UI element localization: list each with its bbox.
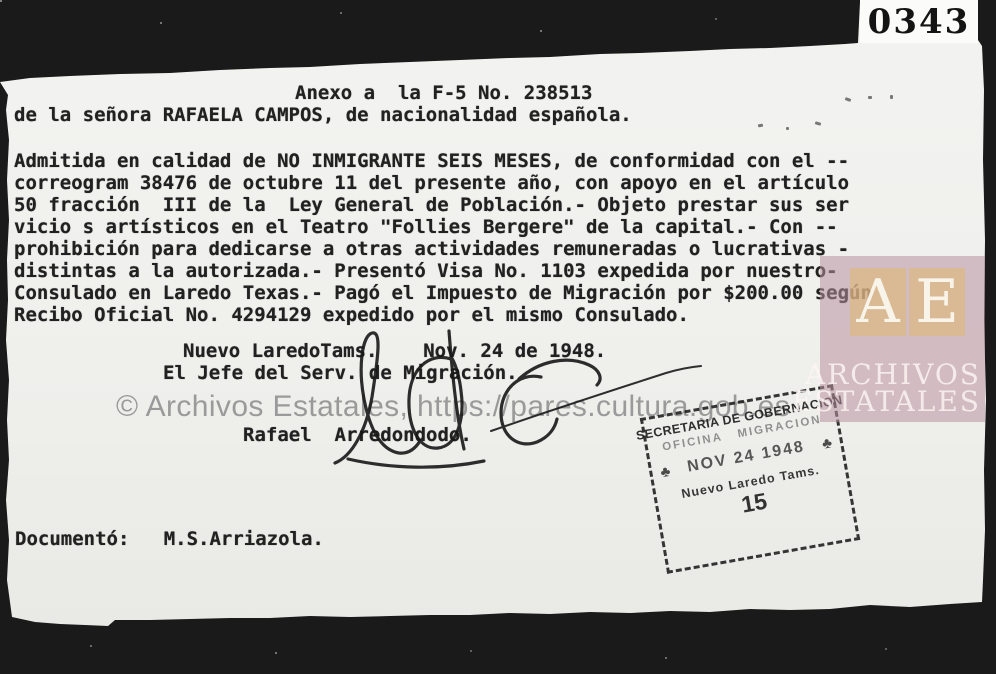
typed-line: Consulado en Laredo Texas.- Pagó el Impu… (14, 282, 872, 304)
scanned-document-page: © Archivos Estatales, https://pares.cult… (0, 0, 996, 674)
logo-letter-e-tile: E (909, 268, 965, 336)
logo-name-line1: ARCHIVOS (805, 361, 981, 388)
folio-number-plate: 0343 (860, 0, 978, 43)
typed-line: vicio s artísticos en el Teatro "Follies… (14, 216, 838, 238)
typed-line-signer-name: Rafael Arredondodo. (243, 424, 472, 446)
typed-line-clerk: Documentó: M.S.Arriazola. (15, 528, 324, 550)
typed-line: de la señora RAFAELA CAMPOS, de nacional… (14, 104, 632, 126)
logo-letter-e: E (915, 272, 959, 332)
pencil-mark (786, 127, 789, 130)
logo-name-line2: ESTATALES (792, 388, 981, 415)
pencil-mark (868, 96, 872, 99)
film-grain (0, 0, 2, 2)
folio-number: 0343 (868, 2, 971, 42)
clover-ornament-icon: ♣ (821, 434, 834, 452)
stamp-number: 15 (739, 488, 769, 519)
typed-line: Anexo a la F-5 No. 238513 (295, 82, 592, 104)
typed-line-place-date: Nuevo LaredoTams. Nov. 24 de 1948. (183, 340, 606, 362)
logo-letter-a-tile: A (850, 268, 906, 336)
typed-line: Admitida en calidad de NO INMIGRANTE SEI… (14, 150, 849, 172)
typed-line: correogram 38476 de octubre 11 del prese… (14, 172, 849, 194)
logo-letter-a: A (856, 272, 899, 332)
typed-line: prohibición para dedicarse a otras activ… (14, 238, 849, 260)
archivos-estatales-logo: A E ARCHIVOS ESTATALES (820, 256, 985, 422)
typed-line: Recibo Oficial No. 4294129 expedido por … (14, 304, 689, 326)
pencil-mark (890, 95, 893, 99)
typed-line: distintas a la autorizada.- Presentó Vis… (14, 260, 838, 282)
typed-line-signer-title: El Jefe del Serv. de Migración. (163, 362, 518, 384)
typed-line: 50 fracción III de la Ley General de Pob… (14, 194, 849, 216)
clover-ornament-icon: ♣ (659, 462, 672, 480)
